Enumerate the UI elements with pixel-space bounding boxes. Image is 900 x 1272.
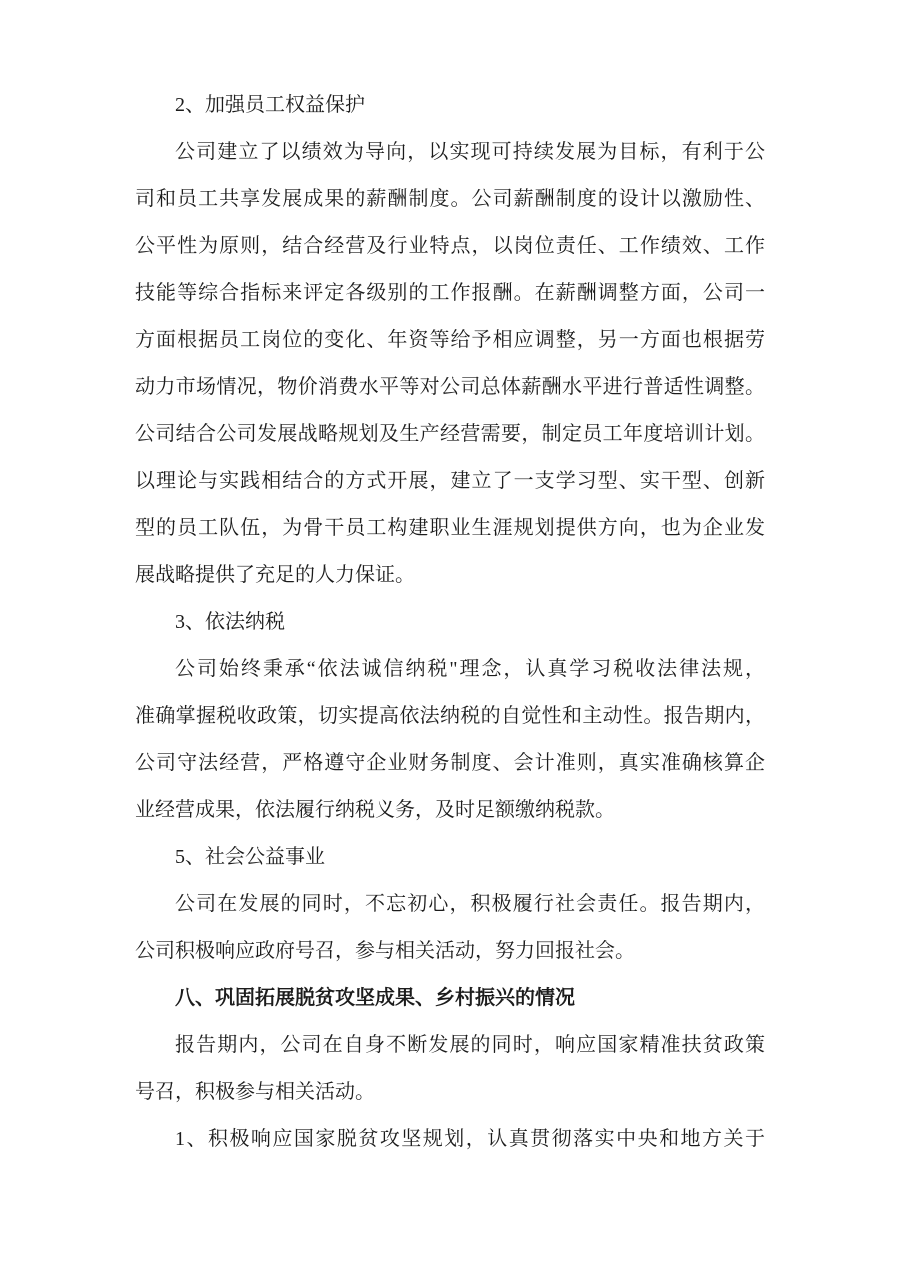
- paragraph-line: 准确掌握税收政策，切实提高依法纳税的自觉性和主动性。报告期内，: [135, 693, 765, 740]
- paragraph-line: 动力市场情况，物价消费水平等对公司总体薪酬水平进行普适性调整。: [135, 364, 765, 411]
- paragraph-line: 公司守法经营，严格遵守企业财务制度、会计准则，真实准确核算企: [135, 740, 765, 787]
- section-heading-bold: 八、巩固拓展脱贫攻坚成果、乡村振兴的情况: [135, 975, 765, 1022]
- paragraph-line: 展战略提供了充足的人力保证。: [135, 552, 765, 599]
- paragraph-line: 号召，积极参与相关活动。: [135, 1069, 765, 1116]
- paragraph-line: 型的员工队伍，为骨干员工构建职业生涯规划提供方向，也为企业发: [135, 505, 765, 552]
- paragraph-line: 方面根据员工岗位的变化、年资等给予相应调整，另一方面也根据劳: [135, 317, 765, 364]
- paragraph-line: 公平性为原则，结合经营及行业特点，以岗位责任、工作绩效、工作: [135, 223, 765, 270]
- paragraph-line: 公司积极响应政府号召，参与相关活动，努力回报社会。: [135, 928, 765, 975]
- paragraph-line: 司和员工共享发展成果的薪酬制度。公司薪酬制度的设计以激励性、: [135, 176, 765, 223]
- paragraph-line: 以理论与实践相结合的方式开展，建立了一支学习型、实干型、创新: [135, 458, 765, 505]
- paragraph-line: 公司始终秉承“依法诚信纳税"理念，认真学习税收法律法规，: [135, 646, 765, 693]
- section-heading: 3、依法纳税: [135, 599, 765, 646]
- paragraph-line: 公司在发展的同时，不忘初心，积极履行社会责任。报告期内，: [135, 881, 765, 928]
- paragraph-line: 1、积极响应国家脱贫攻坚规划，认真贯彻落实中央和地方关于: [135, 1116, 765, 1163]
- section-heading: 2、加强员工权益保护: [135, 82, 765, 129]
- paragraph-line: 公司建立了以绩效为导向，以实现可持续发展为目标，有利于公: [135, 129, 765, 176]
- document-page: 2、加强员工权益保护公司建立了以绩效为导向，以实现可持续发展为目标，有利于公司和…: [0, 0, 900, 1272]
- document-content: 2、加强员工权益保护公司建立了以绩效为导向，以实现可持续发展为目标，有利于公司和…: [135, 82, 765, 1163]
- paragraph-line: 报告期内，公司在自身不断发展的同时，响应国家精准扶贫政策: [135, 1022, 765, 1069]
- section-heading: 5、社会公益事业: [135, 834, 765, 881]
- paragraph-line: 技能等综合指标来评定各级别的工作报酬。在薪酬调整方面，公司一: [135, 270, 765, 317]
- paragraph-line: 业经营成果，依法履行纳税义务，及时足额缴纳税款。: [135, 787, 765, 834]
- paragraph-line: 公司结合公司发展战略规划及生产经营需要，制定员工年度培训计划。: [135, 411, 765, 458]
